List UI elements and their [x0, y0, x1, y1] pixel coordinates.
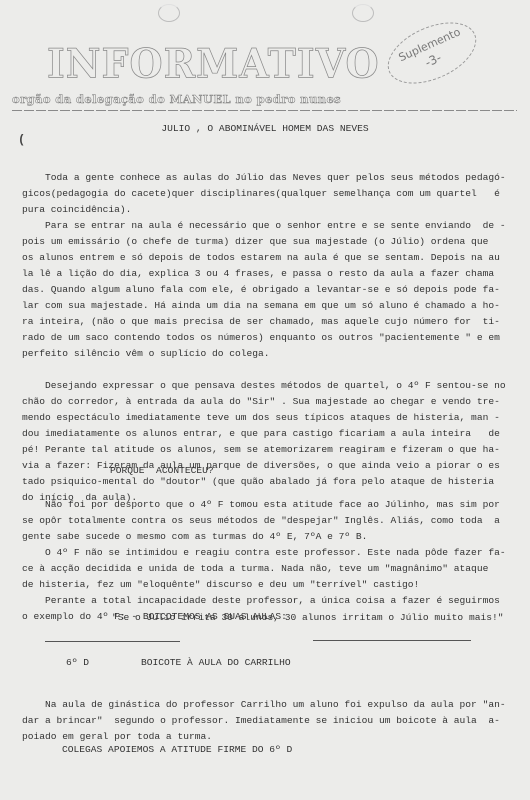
class-label: 6º D: [66, 655, 89, 671]
quote: "Se o Júlio irrita 30 alunos, 30 alunos …: [112, 610, 504, 626]
subheading: PORQUE ACONTECEU?: [110, 463, 214, 479]
divider-left: [45, 641, 180, 642]
masthead-title: INFORMATIVO: [47, 41, 380, 87]
supplement-stamp: Suplemento -3-: [378, 10, 485, 96]
article-body-1: Toda a gente conhece as aulas do Júlio d…: [22, 154, 506, 522]
header-rule: [12, 110, 517, 111]
punch-hole-right: [352, 4, 374, 22]
document-page: INFORMATIVO Suplemento -3- orgão da dele…: [0, 0, 530, 800]
masthead-subtitle: orgão da delegação do MANUEL no pedro nu…: [12, 92, 341, 106]
article2-title: BOICOTE À AULA DO CARRILHO: [141, 655, 291, 671]
slogan: COLEGAS APOIEMOS A ATITUDE FIRME DO 6º D: [62, 742, 292, 758]
article-title: JULIO , O ABOMINÁVEL HOMEM DAS NEVES: [0, 121, 530, 137]
punch-hole-left: [158, 4, 180, 22]
divider-right: [313, 640, 471, 641]
